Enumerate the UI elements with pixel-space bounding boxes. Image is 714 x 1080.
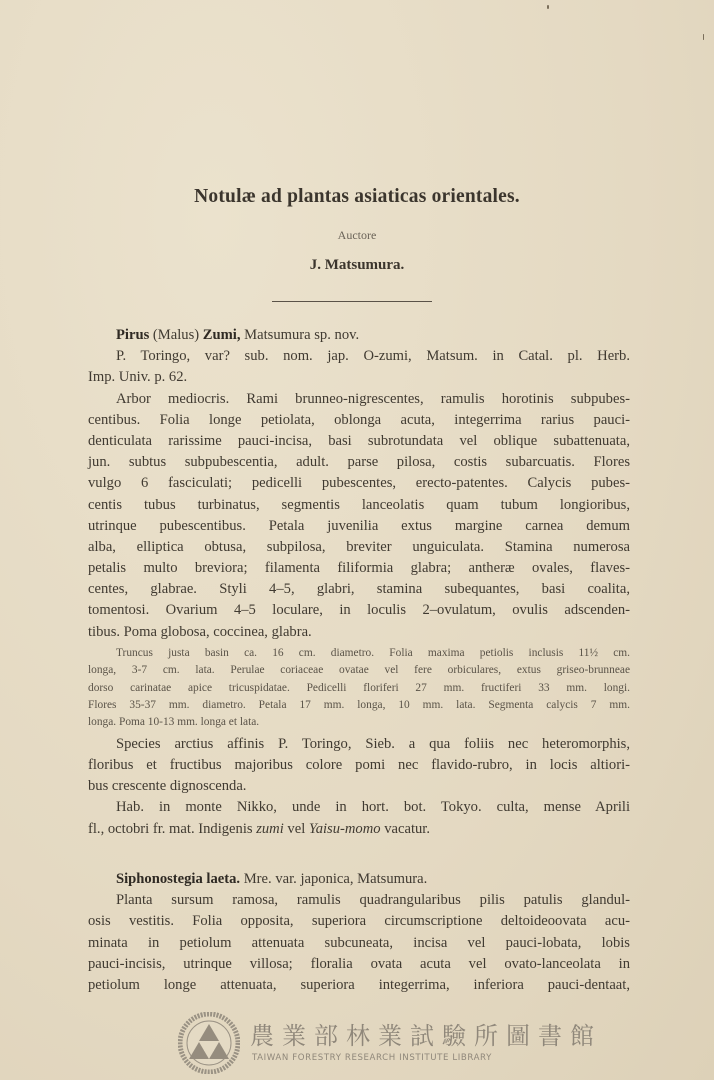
species-heading: Pirus (Malus) Zumi, Matsumura sp. nov. <box>88 325 630 346</box>
affinity-line: floribus et fructibus majoribus colore p… <box>88 755 630 776</box>
measurements-block: Truncus justa basin ca. 16 cm. diametro.… <box>88 645 630 732</box>
library-name-chinese: 農業部林業試驗所圖書館 <box>250 1016 602 1051</box>
description-line: minata in petiolum attenuata subcuneata,… <box>88 933 630 954</box>
description-line: Planta sursum ramosa, ramulis quadrangul… <box>88 890 630 911</box>
measurement-line: Truncus justa basin ca. 16 cm. diametro.… <box>88 645 630 662</box>
title-divider <box>272 301 432 302</box>
affinity-line: Species arctius affinis P. Toringo, Sieb… <box>88 734 630 755</box>
article-title: Notulæ ad plantas asiaticas orientales. <box>0 186 714 208</box>
description-line: denticulata rarissime pauci-incisa, basi… <box>88 431 630 452</box>
species-heading: Siphonostegia laeta. Mre. var. japonica,… <box>88 869 630 890</box>
library-name-english: TAIWAN FORESTRY RESEARCH INSTITUTE LIBRA… <box>252 1053 492 1063</box>
description-line: jun. subtus subpubescentia, adult. parse… <box>88 452 630 473</box>
habitat-line: fl., octobri fr. mat. Indigenis zumi vel… <box>88 819 630 840</box>
description-line: alba, elliptica obtusa, subpilosa, brevi… <box>88 537 630 558</box>
section-pirus-zumi: Pirus (Malus) Zumi, Matsumura sp. nov. P… <box>88 325 630 840</box>
paper-speck <box>703 34 704 40</box>
scanned-page: Notulæ ad plantas asiaticas orientales. … <box>0 0 714 1080</box>
affinity-line: bus crescente dignoscenda. <box>88 776 630 797</box>
description-line: centes, glabrae. Styli 4–5, glabri, stam… <box>88 579 630 600</box>
synonym-line: Imp. Univ. p. 62. <box>88 367 630 388</box>
description-line: vulgo 6 fasciculati; pedicelli pubescent… <box>88 473 630 494</box>
description-line: petiolum longe attenuata, superiora inte… <box>88 975 630 996</box>
measurement-line: longa. Poma 10-13 mm. longa et lata. <box>88 714 630 731</box>
description-line: Arbor mediocris. Rami brunneo-nigrescent… <box>88 389 630 410</box>
affinity-block: Species arctius affinis P. Toringo, Sieb… <box>88 734 630 798</box>
synonym-line: P. Toringo, var? sub. nom. jap. O-zumi, … <box>88 346 630 367</box>
author-name: J. Matsumura. <box>0 257 714 274</box>
description-line: osis vestitis. Folia opposita, superiora… <box>88 911 630 932</box>
measurement-line: dorso carinatae apice tricuspidatae. Ped… <box>88 680 630 697</box>
paper-speck <box>547 5 549 9</box>
description-line: centis tubus turbinatus, segmentis lance… <box>88 495 630 516</box>
description-line: petalis multo breviora; filamenta filifo… <box>88 558 630 579</box>
measurement-line: Flores 35-37 mm. diametro. Petala 17 mm.… <box>88 697 630 714</box>
measurement-line: longa, 3-7 cm. lata. Perulae coriaceae o… <box>88 662 630 679</box>
institute-seal-icon <box>178 1012 240 1074</box>
section-siphonostegia-laeta: Siphonostegia laeta. Mre. var. japonica,… <box>88 869 630 996</box>
description-line: tomentosi. Ovarium 4–5 loculare, in locu… <box>88 600 630 621</box>
description-line: tibus. Poma globosa, coccinea, glabra. <box>88 622 630 643</box>
description-line: centibus. Folia longe petiolata, oblonga… <box>88 410 630 431</box>
habitat-line: Hab. in monte Nikko, unde in hort. bot. … <box>88 797 630 818</box>
auctore-label: Auctore <box>0 228 714 243</box>
description-line: utrinque pubescentibus. Petala juvenilia… <box>88 516 630 537</box>
description-line: pauci-incisis, utrinque villosa; florali… <box>88 954 630 975</box>
